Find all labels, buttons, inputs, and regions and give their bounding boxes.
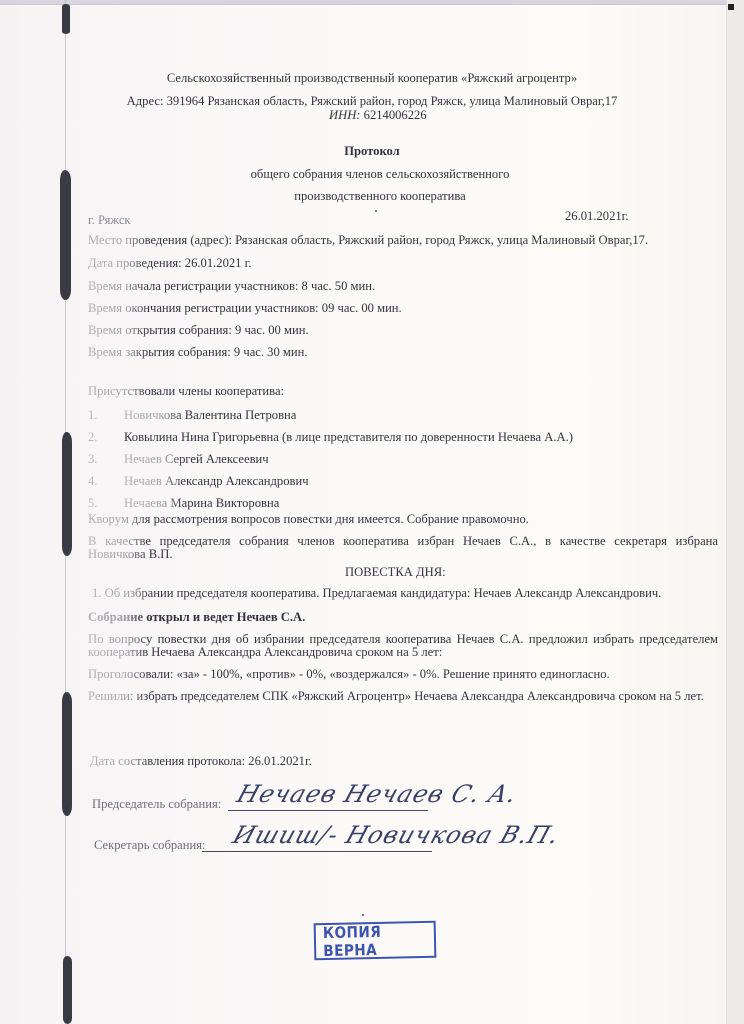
document-subtitle-line1: общего собрания членов сельскохозяйствен… — [0, 167, 744, 182]
meeting-opened-by: Собрание открыл и ведет Нечаев С.А. — [88, 610, 305, 625]
organization-address: Адрес: 391964 Рязанская область, Ряжский… — [0, 94, 744, 109]
city: г. Ряжск — [88, 213, 131, 228]
registration-start: Время начала регистрации участников: 8 ч… — [88, 279, 375, 294]
stamp-text: КОПИЯ ВЕРНА — [323, 921, 428, 959]
chairman-signature-line — [228, 810, 428, 811]
closing-time: Время закрытия собрания: 9 час. 30 мин. — [88, 345, 308, 360]
election-line1: В качестве председателя собрания членов … — [88, 534, 718, 549]
scan-speck — [362, 914, 364, 916]
copy-certified-stamp: КОПИЯ ВЕРНА — [314, 921, 437, 961]
vote-result: Проголосовали: «за» - 100%, «против» - 0… — [88, 667, 610, 682]
election-line2: Новичкова В.П. — [88, 547, 173, 562]
member-number: 3. — [88, 452, 97, 467]
protocol-date: Дата составления протокола: 26.01.2021г. — [90, 754, 312, 769]
binding-hole-mark — [62, 4, 70, 34]
chairman-signature: Нечаев Нечаев С. А. — [233, 780, 521, 808]
secretary-signature-line — [202, 851, 432, 852]
meeting-date: Дата проведения: 26.01.2021 г. — [88, 256, 252, 271]
secretary-label: Секретарь собрания: — [94, 838, 206, 853]
decision: Решили: избрать председателем СПК «Ряжск… — [88, 689, 704, 704]
member-name: Нечаев Сергей Алексеевич — [124, 452, 269, 467]
member-number: 5. — [88, 496, 97, 511]
binding-hole-mark — [62, 692, 72, 816]
member-name: Нечаев Александр Александрович — [124, 474, 309, 489]
agenda-heading: ПОВЕСТКА ДНЯ: — [345, 565, 446, 580]
meeting-venue: Место проведения (адрес): Рязанская обла… — [88, 233, 648, 248]
opening-time: Время открытия собрания: 9 час. 00 мин. — [88, 323, 309, 338]
binding-hole-mark — [63, 956, 72, 1024]
binding-hole-mark — [62, 432, 72, 556]
document-subtitle-line2: производственного кооператива — [0, 189, 744, 204]
attendees-heading: Присутствовали члены кооператива: — [88, 384, 284, 399]
member-number: 2. — [88, 430, 97, 445]
organization-name: Сельскохозяйственный производственный ко… — [0, 71, 744, 86]
quorum-statement: Кворум для рассмотрения вопросов повестк… — [88, 512, 529, 527]
scan-corner-mark — [728, 4, 734, 10]
proposal-line2: кооператив Нечаева Александра Александро… — [88, 645, 442, 660]
inn-value: 6214006226 — [364, 108, 427, 122]
scan-speck — [375, 210, 377, 212]
agenda-item-1: 1. Об избрании председателя кооператива.… — [92, 586, 661, 601]
chairman-label: Председатель собрания: — [92, 797, 221, 812]
member-number: 4. — [88, 474, 97, 489]
document-title: Протокол — [0, 144, 744, 159]
inn-row: ИНН: 6214006226 — [329, 108, 427, 123]
member-name: Нечаева Марина Викторовна — [124, 496, 279, 511]
member-name: Новичкова Валентина Петровна — [124, 408, 296, 423]
member-number: 1. — [88, 408, 97, 423]
secretary-signature: Ишиш/- Новичкова В.П. — [229, 821, 563, 849]
registration-end: Время окончания регистрации участников: … — [88, 301, 402, 316]
member-name: Ковылина Нина Григорьевна (в лице предст… — [124, 430, 573, 445]
document-date: 26.01.2021г. — [565, 209, 629, 224]
inn-label: ИНН: — [329, 108, 360, 122]
